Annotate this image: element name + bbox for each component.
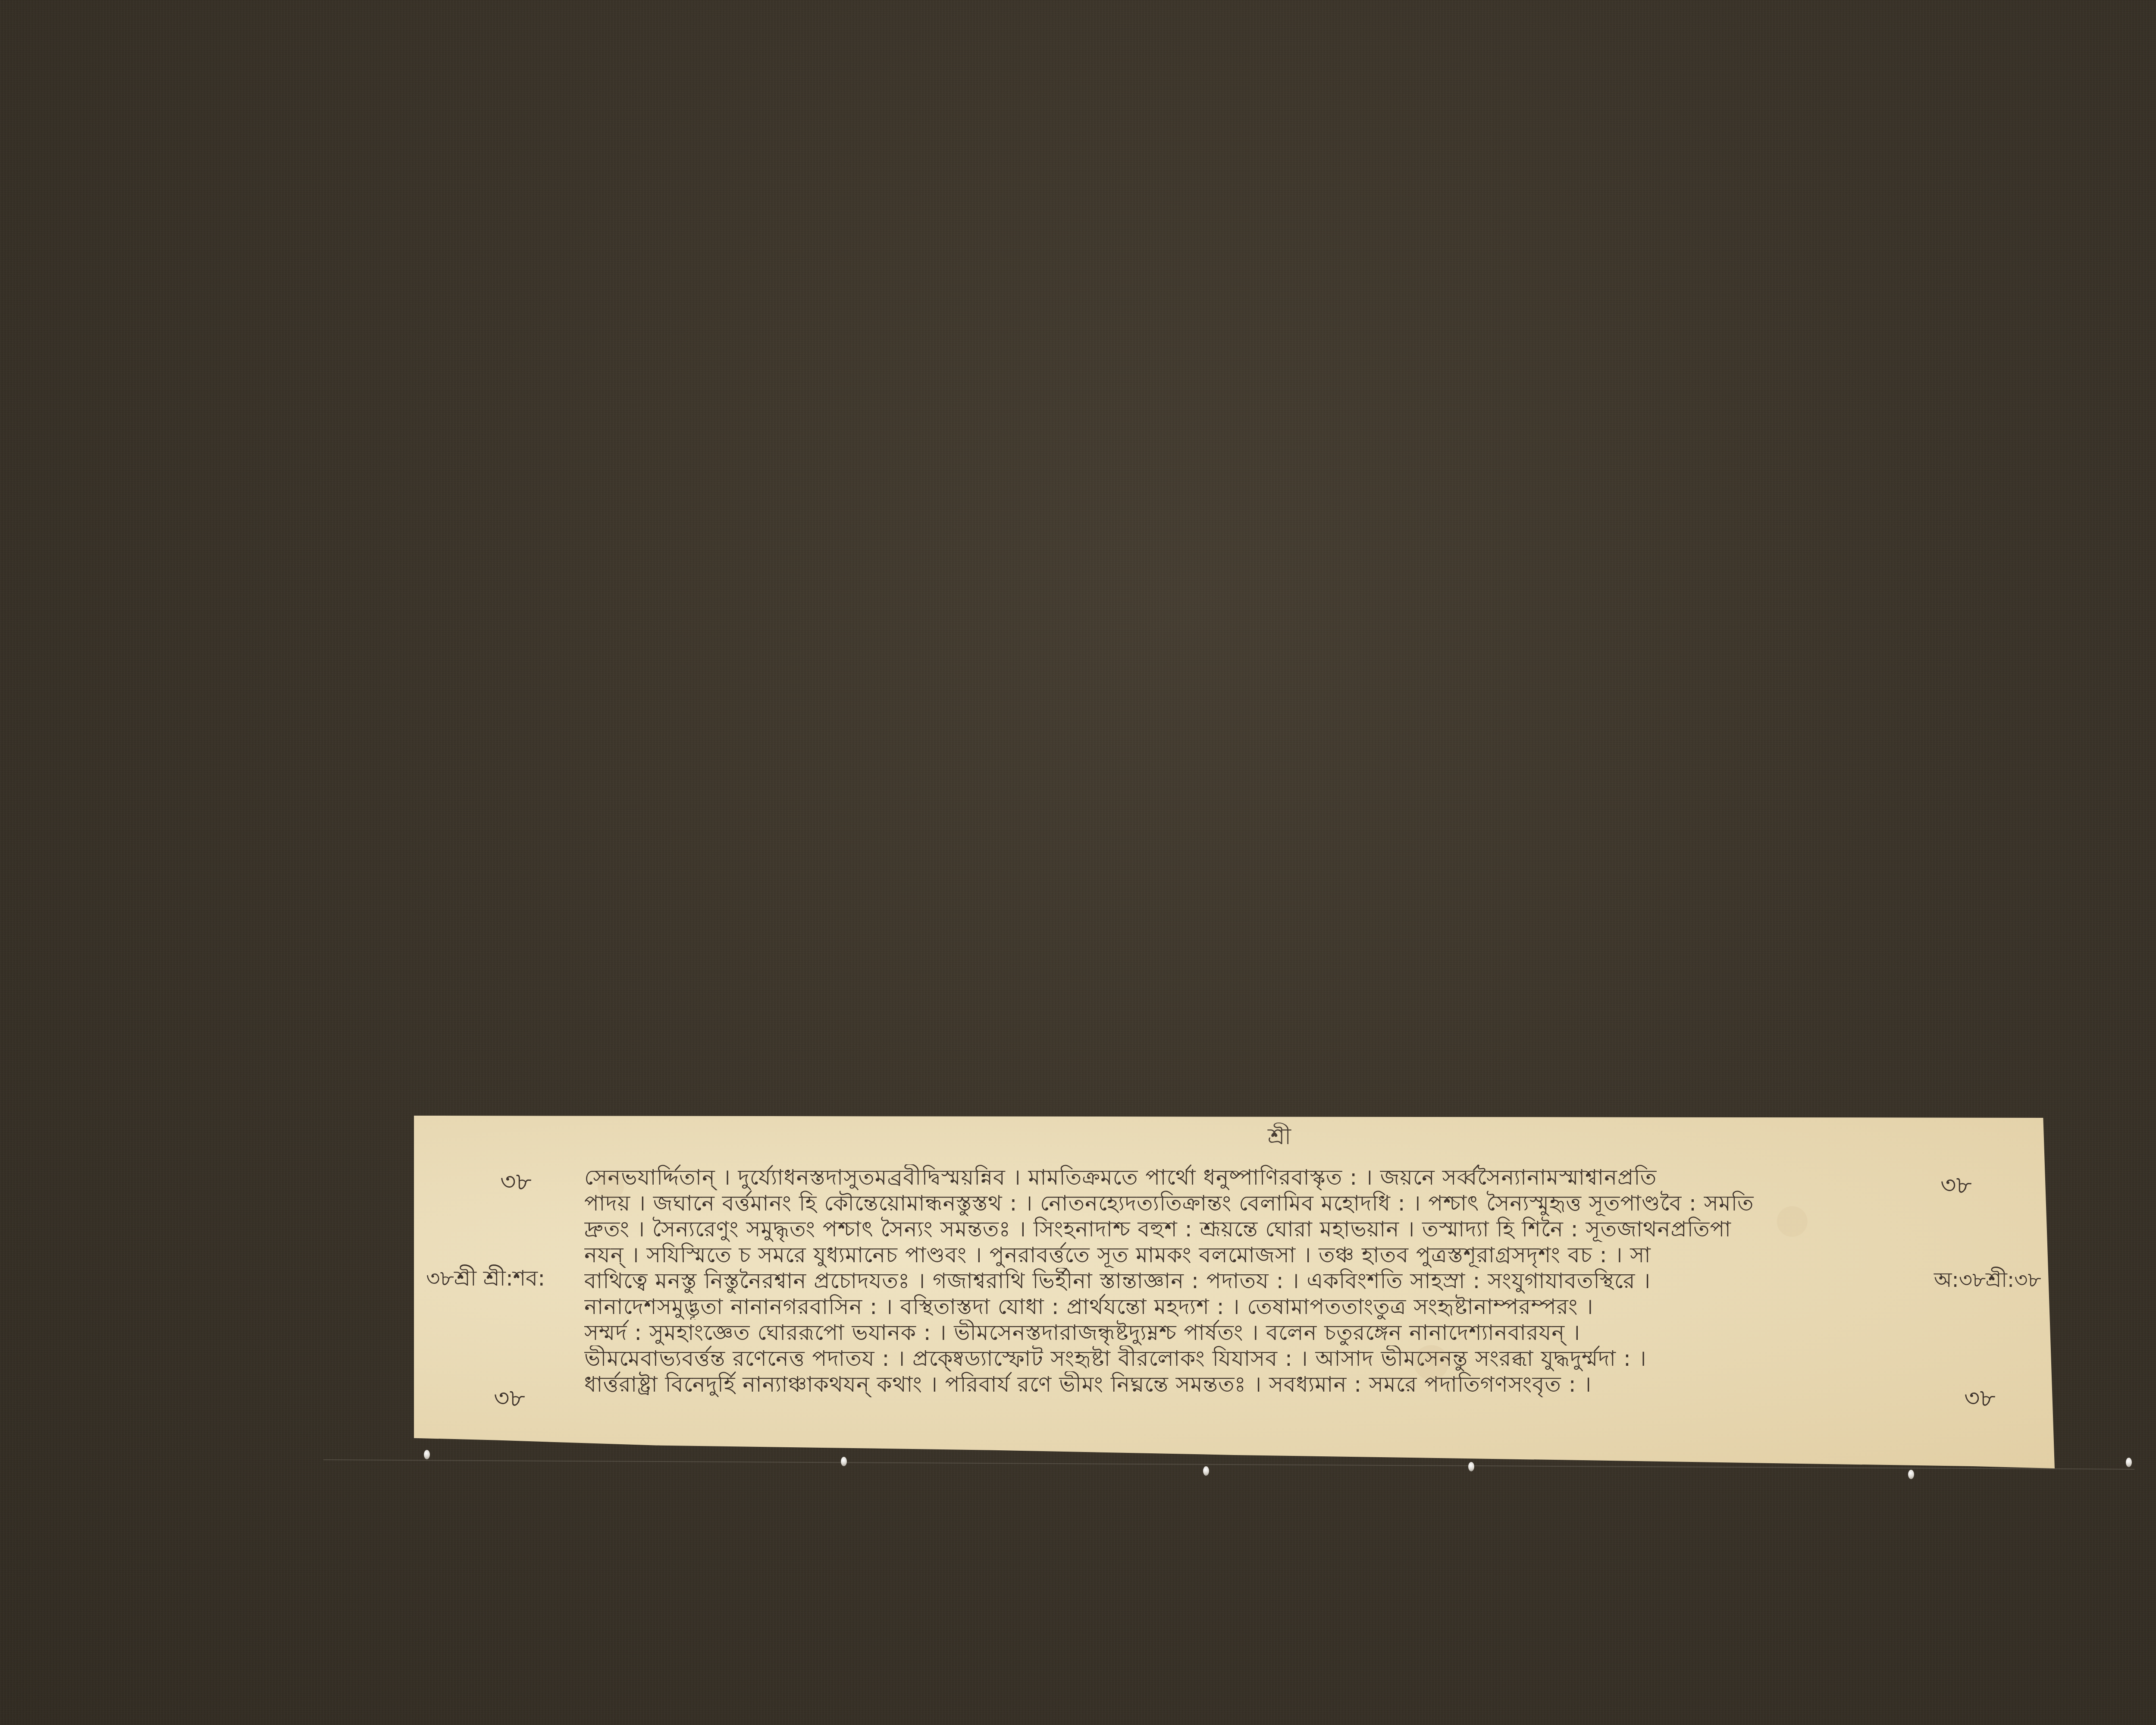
mounting-pin bbox=[2126, 1458, 2132, 1467]
manuscript-folio: শ্রী ৩৮ ৩৮শ্রী শ্রী:শব: ৩৮ ৩৮ অ:৩৮শ্রী:৩… bbox=[414, 1116, 2055, 1468]
text-line: সেনভযার্দ্দিতান্ । দুর্য্যোধনস্তদাসুতমব্… bbox=[584, 1164, 1899, 1190]
right-margin-folio-number-bottom: ৩৮ bbox=[1964, 1380, 1996, 1420]
text-line: দ্রুতং । সৈন্যরেণুং সমুদ্ধৃতং পশ্চাৎ সৈন… bbox=[584, 1216, 1899, 1242]
right-margin-folio-label: অ:৩৮শ্রী:৩৮ bbox=[1934, 1264, 2041, 1298]
invocation-mark: শ্রী bbox=[1268, 1119, 1291, 1157]
text-line: ভীমমেবাভ্যবর্ত্তন্ত রণেনেত্ত পদাতয : । প… bbox=[584, 1345, 1899, 1371]
text-line: ধার্ত্তরাষ্ট্রা বিনেদুর্হি নান্যাঞ্চাকথয… bbox=[584, 1371, 1899, 1397]
left-margin-folio-label: ৩৮শ্রী শ্রী:শব: bbox=[426, 1262, 545, 1298]
manuscript-text-block: সেনভযার্দ্দিতান্ । দুর্য্যোধনস্তদাসুতমব্… bbox=[584, 1164, 1899, 1397]
text-line: নযন্ । সযিস্মিতে চ সমরে যুধ্যমানেচ পাণ্ড… bbox=[584, 1242, 1899, 1268]
right-margin-folio-number-top: ৩৮ bbox=[1940, 1167, 1972, 1207]
mounting-pin bbox=[424, 1450, 430, 1459]
text-line: নানাদেশসমুদ্ভূতা নানানগরবাসিন : । বস্থিত… bbox=[584, 1294, 1899, 1320]
text-line: সম্মর্দ : সুমহাংজ্ঞেত ঘোররূপো ভযানক : । … bbox=[584, 1320, 1899, 1345]
mounting-pin bbox=[1908, 1470, 1914, 1479]
left-margin-folio-number-top: ৩৮ bbox=[500, 1163, 532, 1204]
text-line: পাদয় । জঘানে বর্ত্তমানং হি কৌন্তেয়োমান… bbox=[584, 1190, 1899, 1216]
left-margin-folio-number-bottom: ৩৮ bbox=[494, 1380, 525, 1420]
dark-fabric-background bbox=[0, 0, 2156, 1725]
text-line: বাথিত্বে মনস্তু নিস্তুনৈরশ্বান প্রচোদযতঃ… bbox=[584, 1268, 1899, 1294]
mounting-pin bbox=[841, 1457, 847, 1466]
mounting-pin bbox=[1203, 1466, 1209, 1476]
mounting-pin bbox=[1468, 1462, 1474, 1471]
